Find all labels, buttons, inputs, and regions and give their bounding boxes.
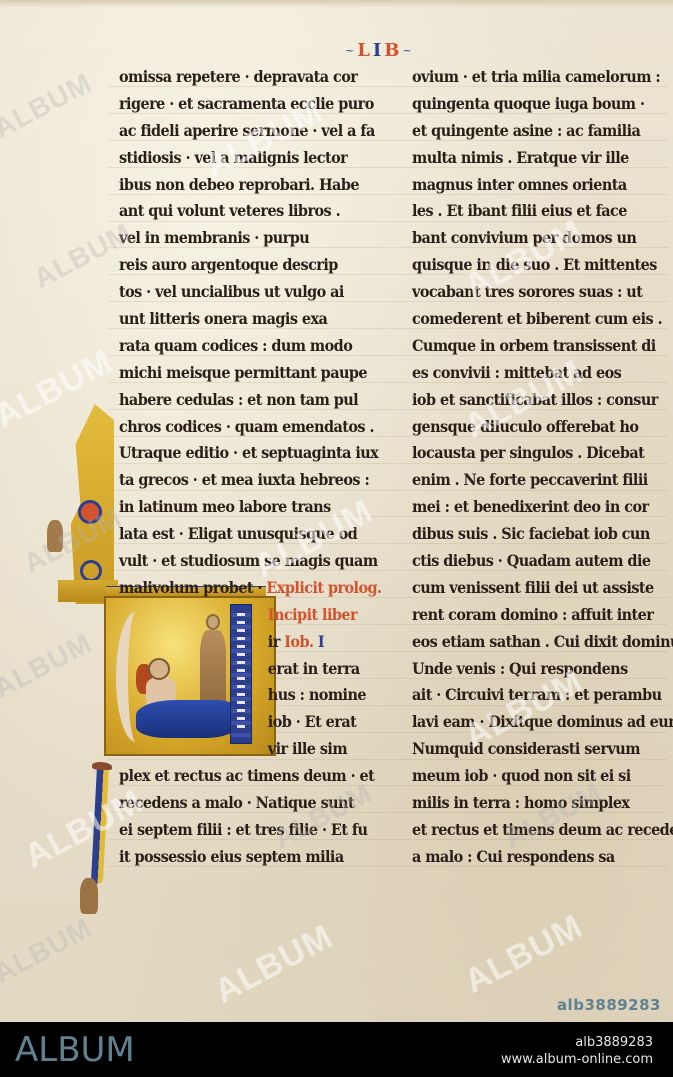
text-line: reis auro argentoque descrip [119, 252, 356, 279]
flourish-right: ~ [403, 44, 412, 57]
text-fragment: ir [268, 632, 280, 651]
dragon-head [92, 762, 112, 770]
text-line: plex et rectus ac timens deum · et [119, 763, 356, 790]
text-line-rubric: malivolum probet · Explicit prolog. [119, 575, 356, 602]
ascender-scroll [80, 560, 102, 582]
text-line: Cumque in orbem transissent di [412, 333, 645, 360]
text-line: quingenta quoque iuga boum · [412, 91, 645, 118]
text-line: malivolum probet · [119, 578, 262, 597]
text-column-right: ovium · et tria milia camelorum :quingen… [412, 64, 662, 871]
text-line: Utraque editio · et septuaginta iux [119, 440, 356, 467]
text-column-left: omissa repetere · depravata corrigere · … [119, 64, 374, 871]
text-line: ir Iob. I [119, 629, 356, 656]
text-line: ta grecos · et mea iuxta hebreos : [119, 467, 356, 494]
footer-image-id: alb3889283 [501, 1034, 653, 1051]
watermark: ALBUM [208, 917, 339, 1011]
dragon-descender [91, 764, 109, 884]
text-line: ac fideli aperire sermone · vel a fa [119, 118, 356, 145]
watermark: ALBUM [458, 907, 589, 1001]
text-line: tos · vel uncialibus ut vulgo ai [119, 279, 356, 306]
marginal-figure-left [47, 520, 63, 552]
text-line: comederent et biberent cum eis . [412, 306, 645, 333]
running-head: ~ L I B ~ [345, 38, 412, 62]
text-line: chros codices · quam emendatos . [119, 414, 356, 441]
text-line: lata est · Eligat unusquisque od [119, 521, 356, 548]
text-line: ibus non debeo reprobari. Habe [119, 172, 356, 199]
text-line: stidiosis · vel a malignis lector [119, 145, 356, 172]
page-edge [0, 0, 673, 8]
running-head-letter-i: I [373, 40, 381, 61]
text-line: omissa repetere · depravata cor [119, 64, 356, 91]
text-line: Unde venis : Qui respondens [412, 656, 645, 683]
text-line: dibus suis . Sic faciebat iob cun [412, 521, 645, 548]
text-line: locausta per singulos . Dicebat [412, 440, 645, 467]
text-line: hus : nomine [119, 682, 356, 709]
text-line: habere cedulas : et non tam pul [119, 387, 356, 414]
text-line: milis in terra : homo simplex [412, 790, 645, 817]
text-line: cum venissent filii dei ut assiste [412, 575, 645, 602]
text-line: it possessio eius septem milia [119, 844, 356, 871]
text-line: vir ille sim [119, 736, 356, 763]
marginal-figure-bottom [80, 878, 98, 914]
text-line: magnus inter omnes orienta [412, 172, 645, 199]
text-line: unt litteris onera magis exa [119, 306, 356, 333]
text-line: ait · Circuivi terram : et perambu [412, 682, 645, 709]
text-line: es convivii : mittebat ad eos [412, 360, 645, 387]
watermark: ALBUM [0, 627, 97, 705]
manuscript-page: ~ L I B ~ omissa repetere · depravata co… [0, 0, 673, 1022]
text-line: rata quam codices : dum modo [119, 333, 356, 360]
initial-i: I [318, 632, 324, 651]
running-head-letter-l: L [357, 40, 370, 61]
text-line: ant qui volunt veteres libros . [119, 198, 356, 225]
text-line: vult · et studiosum se magis quam [119, 548, 356, 575]
text-line: eos etiam sathan . Cui dixit dominus . [412, 629, 645, 656]
text-line: lavi eam · Dixitque dominus ad eum · [412, 709, 645, 736]
text-line: ovium · et tria milia camelorum : [412, 64, 645, 91]
footer-bar: ALBUM alb3889283 www.album-online.com [0, 1022, 673, 1077]
text-line: meum iob · quod non sit ei si [412, 763, 645, 790]
image-id-label: alb3889283 [557, 996, 661, 1014]
text-line: iob et sanctificabat illos : consur [412, 387, 645, 414]
text-line: enim . Ne forte peccaverint filii [412, 467, 645, 494]
text-line: Numquid considerasti servum [412, 736, 645, 763]
text-line: erat in terra [119, 656, 356, 683]
rubric-incipit: Incipit liber [119, 602, 356, 629]
text-line: et rectus et timens deum ac recedens [412, 817, 645, 844]
text-line: gensque diluculo offerebat ho [412, 414, 645, 441]
ascender-roundel [78, 500, 102, 524]
watermark: ALBUM [0, 912, 97, 990]
watermark: ALBUM [0, 67, 97, 145]
text-line: les . Et ibant filii eius et face [412, 198, 645, 225]
brand-logo[interactable]: ALBUM [15, 1030, 135, 1070]
text-line: ei septem filii : et tres filie · Et fu [119, 817, 356, 844]
text-line: ctis diebus · Quadam autem die [412, 548, 645, 575]
text-line: vocabant tres sorores suas : ut [412, 279, 645, 306]
text-line: a malo : Cui respondens sa [412, 844, 645, 871]
rubric-job: Iob. [284, 632, 313, 651]
running-head-letter-b: B [384, 40, 399, 61]
text-line: rent coram domino : affuit inter [412, 602, 645, 629]
text-line: recedens a malo · Natique sunt [119, 790, 356, 817]
text-line: multa nimis . Eratque vir ille [412, 145, 645, 172]
text-line: et quingente asine : ac familia [412, 118, 645, 145]
text-line: quisque in die suo . Et mittentes [412, 252, 645, 279]
text-line: michi meisque permittant paupe [119, 360, 356, 387]
text-line: vel in membranis · purpu [119, 225, 356, 252]
rubric-explicit: Explicit prolog. [266, 578, 381, 597]
flourish-left: ~ [345, 44, 354, 57]
text-line: rigere · et sacramenta ecclie puro [119, 91, 356, 118]
text-line: bant convivium per domos un [412, 225, 645, 252]
text-line: mei : et benedixerint deo in cor [412, 494, 645, 521]
footer-url[interactable]: www.album-online.com [501, 1051, 653, 1068]
footer-info: alb3889283 www.album-online.com [501, 1034, 653, 1068]
text-line: in latinum meo labore trans [119, 494, 356, 521]
text-line: iob · Et erat [119, 709, 356, 736]
